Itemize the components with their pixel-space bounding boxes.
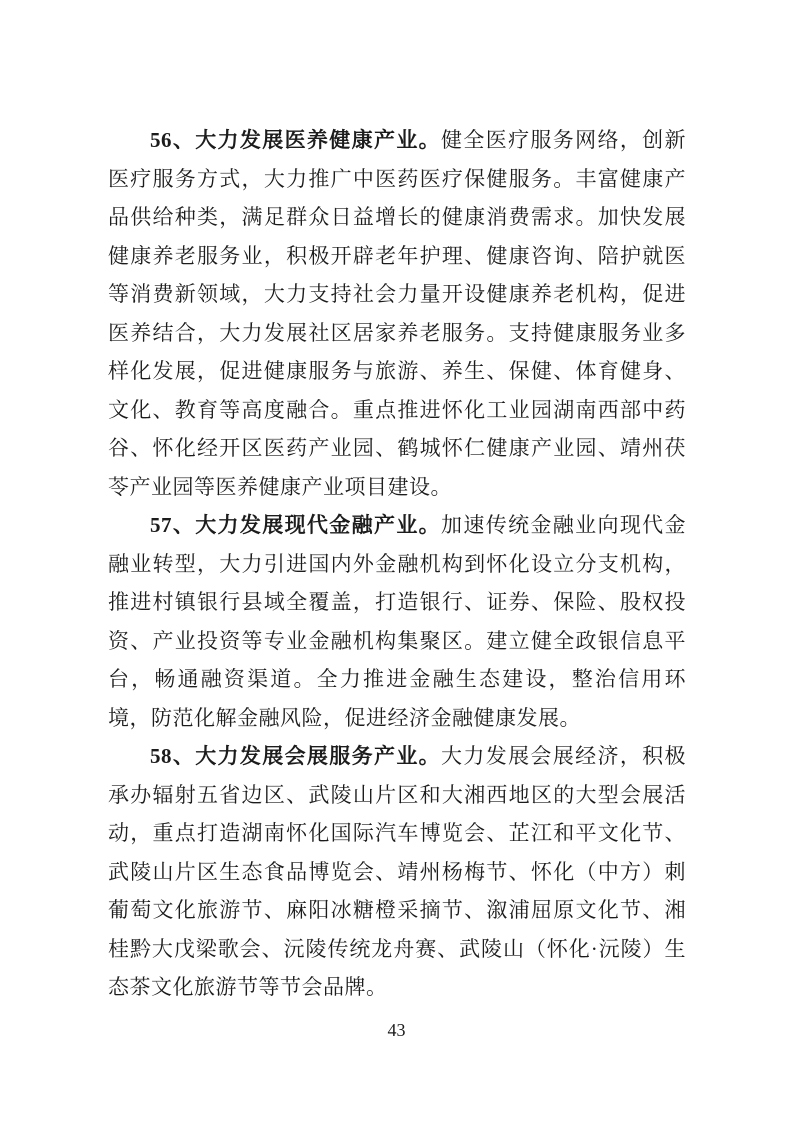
paragraph-57: 57、大力发展现代金融产业。加速传统金融业向现代金融业转型，大力引进国内外金融机… xyxy=(108,506,686,737)
paragraph-57-heading: 57、大力发展现代金融产业。 xyxy=(150,513,441,537)
document-page: 56、大力发展医养健康产业。健全医疗服务网络，创新医疗服务方式，大力推广中医药医… xyxy=(0,0,793,1122)
paragraph-58-heading: 58、大力发展会展服务产业。 xyxy=(150,744,441,768)
paragraph-56-heading: 56、大力发展医养健康产业。 xyxy=(150,128,441,152)
paragraph-57-body: 加速传统金融业向现代金融业转型，大力引进国内外金融机构到怀化设立分支机构，推进村… xyxy=(108,513,686,730)
paragraph-58: 58、大力发展会展服务产业。大力发展会展经济，积极承办辐射五省边区、武陵山片区和… xyxy=(108,737,686,1007)
page-number: 43 xyxy=(388,1020,406,1040)
paragraph-56: 56、大力发展医养健康产业。健全医疗服务网络，创新医疗服务方式，大力推广中医药医… xyxy=(108,121,686,506)
paragraph-56-body: 健全医疗服务网络，创新医疗服务方式，大力推广中医药医疗保健服务。丰富健康产品供给… xyxy=(108,128,686,499)
paragraph-58-body: 大力发展会展经济，积极承办辐射五省边区、武陵山片区和大湘西地区的大型会展活动，重… xyxy=(108,744,686,999)
page-footer: 43 xyxy=(0,1018,793,1042)
document-body: 56、大力发展医养健康产业。健全医疗服务网络，创新医疗服务方式，大力推广中医药医… xyxy=(108,121,686,1007)
